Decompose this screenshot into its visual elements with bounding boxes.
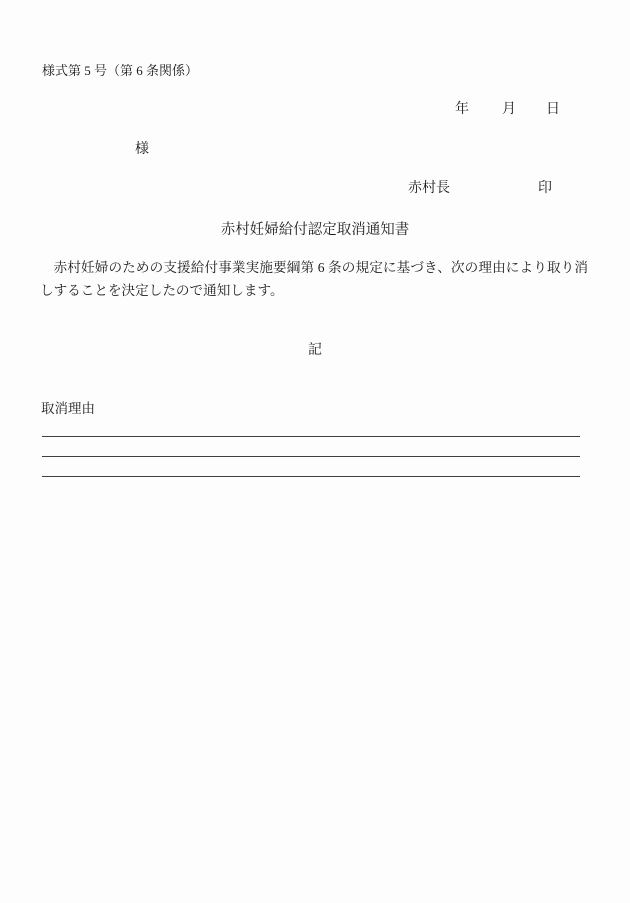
- reason-blank-line-3: [42, 476, 580, 477]
- date-line: 年 月 日: [0, 102, 630, 120]
- date-day-label: 日: [546, 102, 560, 118]
- body-paragraph-line-2: しすることを決定したので通知します。: [40, 281, 588, 301]
- document-page: 様式第 5 号（第 6 条関係） 年 月 日 様 赤村長 印 赤村妊婦給付認定取…: [0, 0, 630, 903]
- issuer-title: 赤村長: [408, 181, 450, 197]
- reason-blank-line-2: [42, 456, 580, 457]
- document-title: 赤村妊婦給付認定取消通知書: [0, 221, 630, 239]
- cancellation-reason-label: 取消理由: [41, 400, 95, 417]
- body-paragraph-line-1: 赤村妊婦のための支援給付事業実施要綱第 6 条の規定に基づき、次の理由により取り…: [40, 258, 588, 278]
- addressee-honorific: 様: [135, 142, 149, 158]
- seal-mark: 印: [538, 181, 552, 197]
- record-marker: 記: [0, 342, 630, 359]
- form-number: 様式第 5 号（第 6 条関係）: [42, 63, 198, 79]
- issuer-line: 赤村長 印: [0, 181, 630, 199]
- date-month-label: 月: [502, 102, 516, 118]
- date-year-label: 年: [455, 102, 469, 118]
- reason-blank-line-1: [42, 436, 580, 437]
